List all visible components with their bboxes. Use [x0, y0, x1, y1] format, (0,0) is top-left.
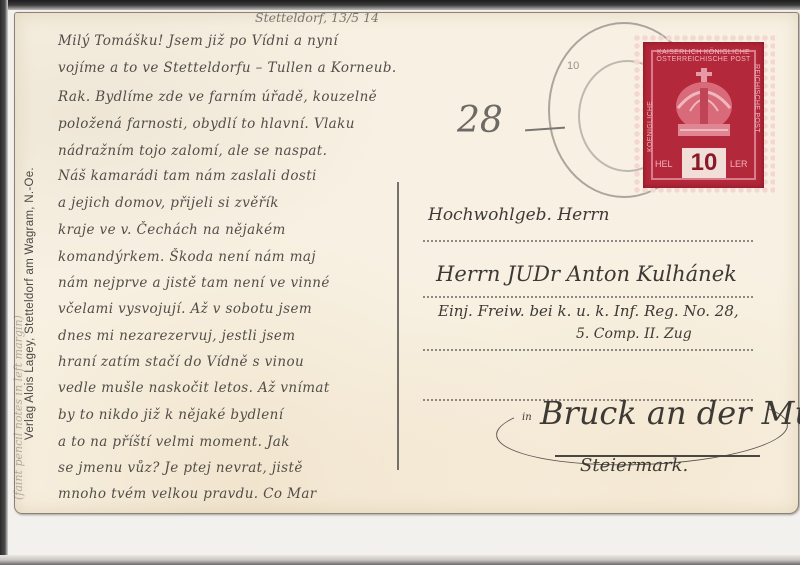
scan-border-bottom [0, 555, 800, 565]
message-line: Rak. Bydlíme zde ve farním úřadě, kouzel… [58, 89, 377, 105]
message-line: Milý Tomášku! Jsem již po Vídni a nyní [58, 33, 338, 49]
message-date: Stetteldorf, 13/5 14 [255, 10, 379, 25]
pencil-annotation: 28 [457, 100, 503, 141]
address-line-1 [423, 240, 753, 242]
message-line: vedle mušle naskočit letos. Až vnímat [58, 380, 330, 396]
address-salutation: Hochwohlgeb. Herrn [428, 205, 609, 225]
address-region: Steiermark. [580, 455, 688, 476]
postage-stamp: KAISERLICH KÖNIGLICHE ÖSTERREICHISCHE PO… [633, 34, 775, 194]
message-line: nám nejprve a jistě tam není ve vinné [58, 275, 330, 291]
stamp-value: 10 [682, 148, 726, 178]
message-line: hraní zatím stačí do Vídně s vinou [58, 354, 304, 370]
publisher-imprint: Verlag Alois Lagey, Stetteldorf am Wagra… [24, 167, 36, 440]
message-line: se jmenu vůz? Je ptej nevrat, jistě [58, 460, 303, 476]
center-divider [397, 182, 399, 470]
scan-border-left [0, 0, 8, 565]
message-line: mnoho tvém velkou pravdu. Co Mar [58, 486, 317, 502]
message-line: komandýrkem. Škoda není nám maj [58, 249, 316, 265]
address-unit: Einj. Freiw. bei k. u. k. Inf. Reg. No. … [438, 302, 739, 320]
stamp-text-top: KAISERLICH KÖNIGLICHE ÖSTERREICHISCHE PO… [643, 49, 764, 63]
scan-border-top [0, 0, 800, 10]
address-line-3 [423, 349, 753, 351]
message-line: by to nikdo již k nějaké bydlení [58, 407, 283, 423]
message-line: položená farnosti, obydlí to hlavní. Vla… [58, 116, 355, 132]
message-line: dnes mi nezarezervuj, jestli jsem [58, 328, 295, 344]
postmark-fragment: 10 [567, 60, 579, 72]
message-line: Náš kamarádi tam nám zaslali dosti [58, 168, 317, 184]
stamp-currency-left: HEL [655, 159, 673, 169]
address-detail: 5. Comp. II. Zug [576, 326, 692, 342]
message-line: vojíme a to ve Stetteldorfu – Tullen a K… [58, 60, 397, 76]
stamp-text-right: REICHISCHE POST [753, 64, 760, 133]
address-name: Herrn JUDr Anton Kulhánek [436, 262, 737, 286]
message-line: kraje ve v. Čechách na nějakém [58, 222, 286, 238]
stamp-text-left: KOENIGLICHE [647, 101, 654, 152]
address-line-2 [423, 296, 753, 298]
stamp-face: KAISERLICH KÖNIGLICHE ÖSTERREICHISCHE PO… [643, 42, 764, 188]
message-line: a jejich domov, přijeli si zvěřík [58, 195, 279, 211]
address-city: Bruck an der Mur. [540, 394, 800, 432]
crown-icon [670, 66, 738, 144]
stamp-currency-right: LER [730, 159, 748, 169]
address-city-prefix: in [522, 412, 532, 423]
message-line: včelami vysvojují. Až v sobotu jsem [58, 301, 312, 317]
message-line: nádražním tojo zalomí, ale se naspat. [58, 143, 327, 159]
message-line: a to na příští velmi moment. Jak [58, 434, 290, 450]
